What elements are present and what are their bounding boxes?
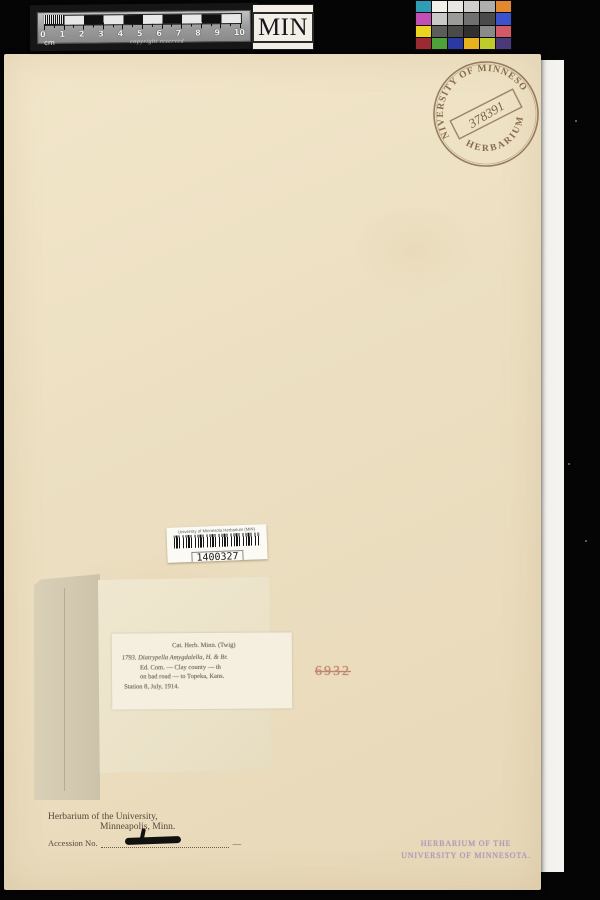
scale-tick-label: 7 [176,29,182,38]
scale-tick-label: 8 [195,28,201,37]
institution-code-text: MIN [252,12,314,43]
accession-label: Accession No. [48,838,98,848]
specimen-packet-flap [34,574,100,800]
color-checker-swatch [496,1,511,12]
color-checker-swatch [416,26,431,37]
dust-speck [575,120,577,122]
scale-tick-label: 10 [234,28,245,37]
color-checker-swatch [416,1,431,12]
ink-scribble [124,836,180,845]
color-checker-swatch [464,38,479,49]
color-checker-swatch [480,13,495,24]
color-checker-swatch [464,13,479,24]
paper-stain [354,204,474,294]
color-checker-swatch [480,1,495,12]
accession-tail-dash: — [233,838,242,848]
accession-number-stamp: 6932 [315,664,351,680]
label-date-line: Station 8, July, 1914. [124,681,286,692]
color-checker-swatch [432,13,447,24]
color-checker-swatch [496,13,511,24]
dust-speck [568,463,570,465]
barcode-label: University of Minnesota Herbarium (MIN) … [166,524,267,563]
color-checker-swatch [464,26,479,37]
scale-tick-label: 4 [118,29,124,38]
footer-institution-line: Herbarium of the University, [48,812,258,822]
color-checker-swatch [432,1,447,12]
institution-code-tag: MIN [252,4,314,50]
scale-tick-label: 9 [214,28,220,37]
color-checker-swatch [416,13,431,24]
scale-tick-label: 5 [137,29,143,38]
scale-mm-lines [44,15,64,24]
color-checker-swatch [448,13,463,24]
cm-scale-bar: 012345678910 cm copyright reserved [30,3,258,51]
color-calibration-chart [415,0,512,50]
color-checker-swatch [464,1,479,12]
scale-tick-label: 2 [79,30,85,39]
scale-tick-label: 0 [40,30,46,39]
dust-speck [585,540,587,542]
color-checker-swatch [448,1,463,12]
color-checker-swatch [432,26,447,37]
footer-city-line: Minneapolis, Minn. [100,822,258,832]
label-series-header: Cat. Herb. Minn. (Twig) [122,640,286,651]
color-checker-swatch [480,26,495,37]
scale-numbers: 012345678910 [40,28,245,39]
scale-tick-label: 6 [156,29,162,38]
color-checker-swatch [496,26,511,37]
scale-bar-face: 012345678910 cm copyright reserved [37,10,251,44]
purple-stamp-line1: HERBARIUM OF THE [398,838,534,850]
barcode-bars [174,532,260,548]
color-checker-swatch [432,38,447,49]
scale-copyright-text: copyright reserved [130,39,184,46]
typed-specimen-label: Cat. Herb. Minn. (Twig) 1793. Diatrypell… [112,632,293,709]
purple-stamp-line2: UNIVERSITY OF MINNESOTA. [398,850,534,862]
printed-footer: Herbarium of the University, Minneapolis… [48,812,258,848]
scale-unit-label: cm [44,39,55,47]
scale-tick-label: 1 [59,30,65,39]
color-checker-swatch [448,38,463,49]
color-checker-swatch [448,26,463,37]
accession-dotted-line [101,838,229,848]
purple-herbarium-stamp: HERBARIUM OF THE UNIVERSITY OF MINNESOTA… [398,838,534,862]
color-checker-swatch [416,38,431,49]
white-backing-strip [541,60,564,872]
scale-tick-label: 3 [98,29,104,38]
